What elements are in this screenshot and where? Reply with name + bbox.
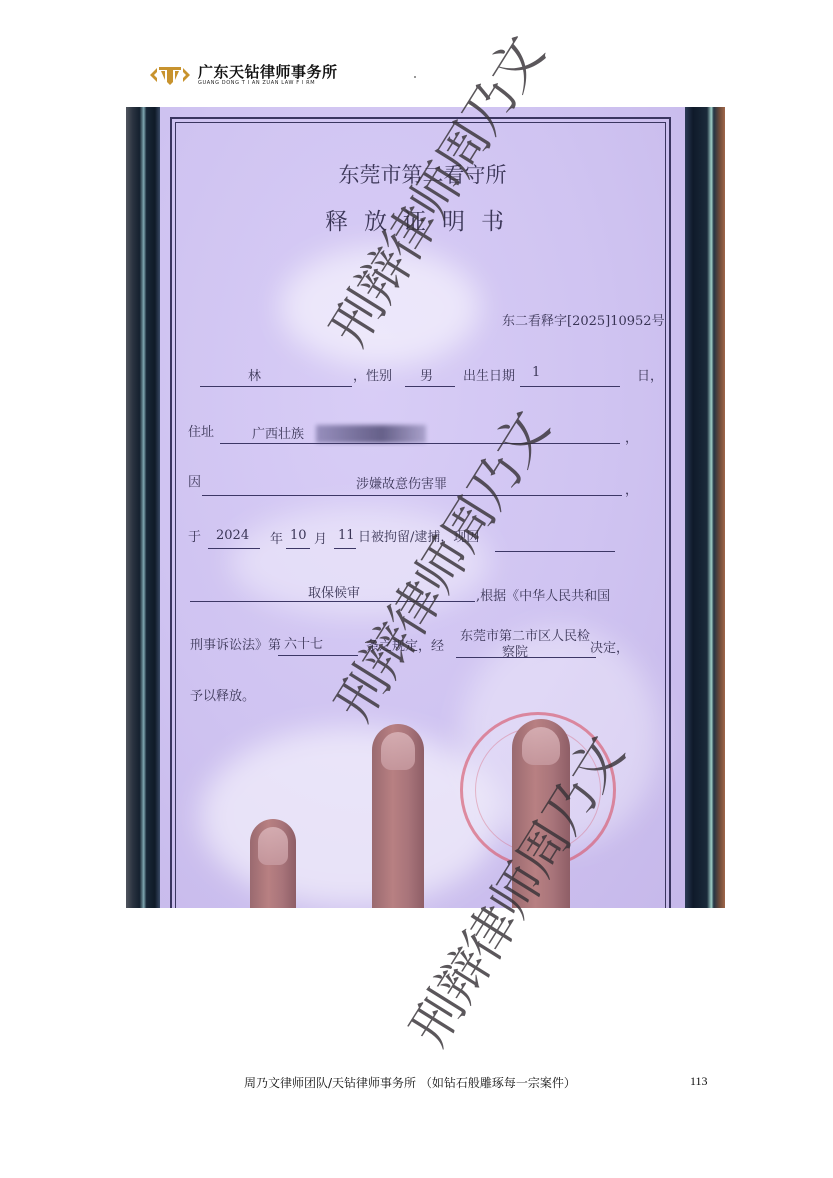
- decision-suffix: 决定，: [590, 637, 629, 656]
- birth-value: 1: [532, 365, 540, 380]
- diamond-t-logo-icon: [148, 64, 192, 86]
- finger-left: [250, 819, 296, 908]
- phone-edge-left: [126, 107, 160, 908]
- measure-value: 取保候审: [308, 582, 360, 601]
- reason-label: 因: [188, 471, 201, 490]
- page-footer: 周乃文律师团队/天钻律师事务所 （如钻石般雕琢每一宗案件）: [244, 1074, 576, 1091]
- date-prefix: 于: [188, 526, 201, 545]
- header-dot: [414, 76, 416, 78]
- reason-value: 涉嫌故意伤害罪: [356, 473, 447, 492]
- firm-header: 广东天钻律师事务所 GUANG DONG T I AN ZUAN LAW F I…: [148, 62, 338, 88]
- firm-name-cn: 广东天钻律师事务所: [198, 65, 338, 80]
- gender-label: ，性别: [353, 365, 392, 384]
- day-value: 11: [338, 528, 355, 543]
- article-value: 六十七: [284, 633, 323, 652]
- gender-value: 男: [420, 365, 433, 384]
- month-value: 10: [290, 528, 307, 543]
- document-number: 东二看释字[2025]10952号: [502, 310, 665, 329]
- month-label: 月: [314, 528, 327, 547]
- address-suffix: ，: [625, 427, 638, 446]
- address-value: 广西壮族: [252, 423, 304, 442]
- firm-name-en: GUANG DONG T I AN ZUAN LAW F I RM: [198, 81, 338, 86]
- year-value: 2024: [216, 528, 249, 543]
- name-value: 林: [248, 365, 261, 384]
- page-number: 113: [690, 1074, 708, 1089]
- address-label: 住址: [188, 421, 214, 440]
- redacted-address: [316, 425, 426, 443]
- birth-label: 出生日期: [463, 365, 515, 384]
- law-text: ,根据《中华人民共和国: [476, 585, 610, 604]
- birth-suffix: 日，: [637, 365, 663, 384]
- closing-text: 予以释放。: [190, 685, 255, 704]
- finger-middle: [372, 724, 424, 908]
- phone-edge-right: [685, 107, 725, 908]
- law-text-2: 刑事诉讼法》第: [190, 634, 281, 653]
- reason-suffix: ，: [625, 479, 638, 498]
- year-label: 年: [270, 528, 283, 547]
